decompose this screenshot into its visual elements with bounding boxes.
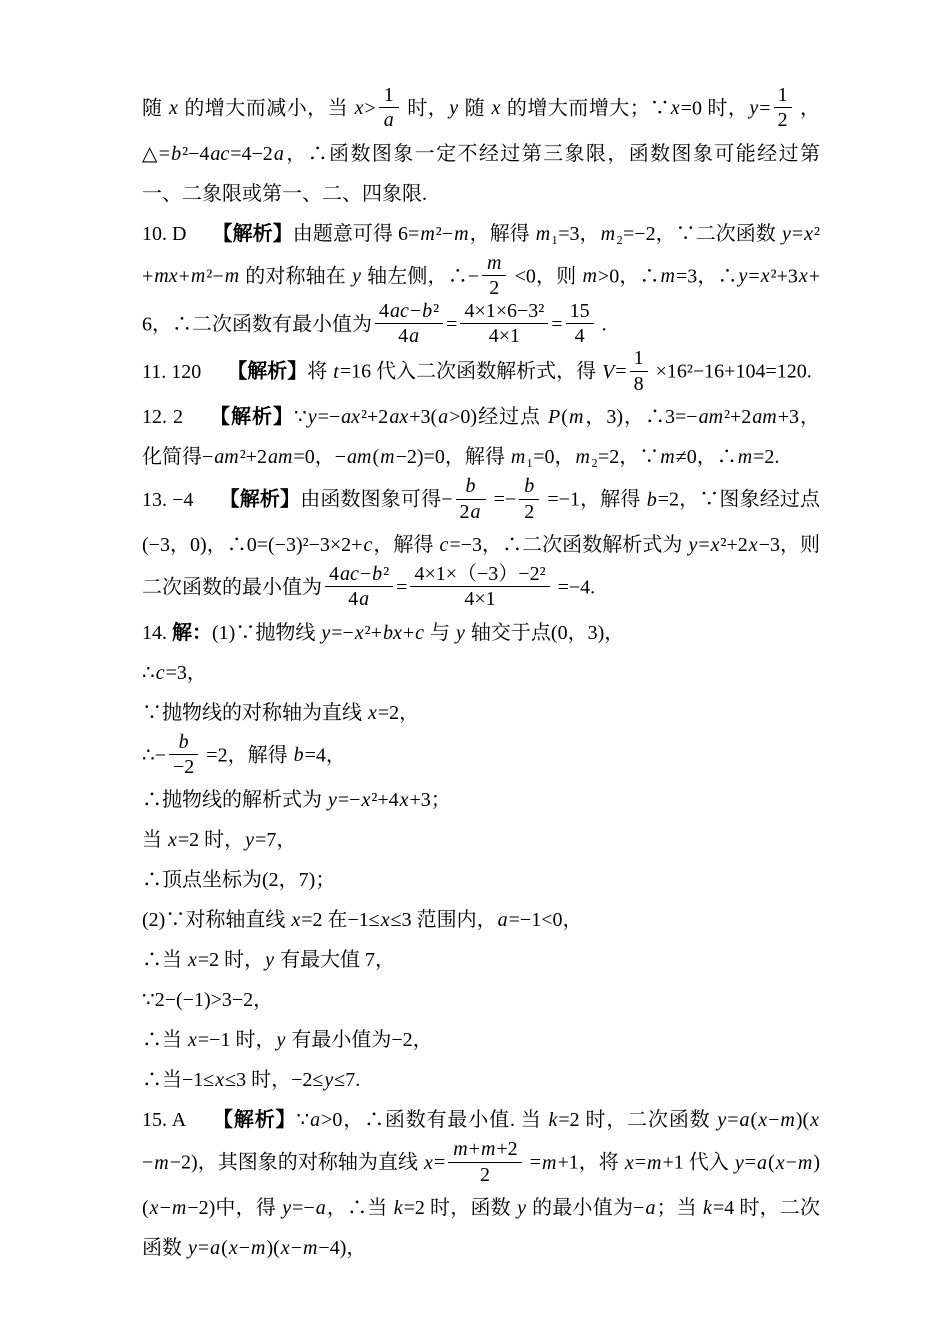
fraction-numerator: 15 xyxy=(566,300,594,324)
fraction: b2 xyxy=(519,475,539,523)
text-run: ∴c=3， xyxy=(142,662,207,684)
fraction: m2 xyxy=(482,252,506,300)
text-run: =− xyxy=(489,489,517,511)
fraction-numerator: 1 xyxy=(379,84,399,108)
bold-label: 【解析】 xyxy=(227,361,307,383)
solution-14-line-9: ∴当 x=2 时，y 有最大值 7， xyxy=(142,940,820,980)
solution-14-line-5: ∴抛物线的解析式为 y=−x²+4x+3； xyxy=(142,780,820,820)
fraction-numerator: m xyxy=(482,252,506,276)
fraction: 4ac−b²4a xyxy=(375,300,443,348)
item-answer-label: 15. A xyxy=(142,1109,186,1131)
fraction-denominator: 2a xyxy=(456,500,486,523)
text-run: ∴当 x=−1 时，y 有最小值为−2， xyxy=(142,1029,433,1051)
fraction: 18 xyxy=(630,347,648,395)
document-body: 随 x 的增大而减小，当 x>1a 时，y 随 x 的增大而增大；∵x=0 时，… xyxy=(142,86,820,1268)
fraction-denominator: 4a xyxy=(325,587,393,610)
solution-13: 13. −4【解析】由函数图象可得−b2a =−b2 =−1，解得 b=2，∵图… xyxy=(142,477,820,613)
fraction: b−2 xyxy=(169,731,198,779)
fraction-denominator: 2 xyxy=(482,276,506,299)
fraction-denominator: 4×1 xyxy=(460,324,548,347)
solution-14-line-4: ∴−b−2 =2，解得 b=4， xyxy=(142,733,820,781)
item-answer-label: 11. 120 xyxy=(142,361,201,383)
bold-label: 【解析】 xyxy=(213,223,293,245)
fraction-denominator: 2 xyxy=(774,108,792,131)
text-run: . xyxy=(597,313,607,335)
fraction-denominator: 4×1 xyxy=(410,587,549,610)
solution-15: 15. A【解析】∵a>0，∴函数有最小值. 当 k=2 时，二次函数 y=a(… xyxy=(142,1100,820,1268)
solution-14-line-7: ∴顶点坐标为(2，7)； xyxy=(142,860,820,900)
text-run: 将 t=16 代入二次函数解析式，得 V= xyxy=(307,361,626,383)
fraction: 4ac−b²4a xyxy=(325,563,393,611)
item-answer-label: 10. D xyxy=(142,223,187,245)
text-run: ∵抛物线的对称轴为直线 x=2， xyxy=(142,702,419,724)
text-run: ∴当 x=2 时，y 有最大值 7， xyxy=(142,949,395,971)
solution-10: 10. D【解析】由题意可得 6=m²−m，解得 m₁=3，m₂=−2，∵二次函… xyxy=(142,214,820,350)
item-answer-label: 14. xyxy=(142,622,172,644)
fraction-denominator: −2 xyxy=(169,755,198,778)
fraction-numerator: m+m+2 xyxy=(448,1138,521,1162)
solution-12: 12. 2【解析】∵y=−ax²+2ax+3(a>0)经过点 P(m，3)，∴3… xyxy=(142,397,820,477)
bold-label: 【解析】 xyxy=(209,406,294,428)
bold-label: 【解析】 xyxy=(219,489,300,511)
text-run: = xyxy=(446,313,457,335)
text-run: ∴当−1≤x≤3 时，−2≤y≤7. xyxy=(142,1069,360,1091)
text-run: ∴− xyxy=(142,744,166,766)
fraction-denominator: 2 xyxy=(448,1163,521,1186)
text-run: =2，解得 b=4， xyxy=(201,744,346,766)
text-run: 时，y 随 x 的增大而增大；∵x=0 时，y= xyxy=(402,97,771,119)
solution-14-line-2: ∴c=3， xyxy=(142,653,820,693)
fraction-numerator: 4ac−b² xyxy=(325,563,393,587)
fraction: 1a xyxy=(379,84,399,132)
solution-9-continuation: 随 x 的增大而减小，当 x>1a 时，y 随 x 的增大而增大；∵x=0 时，… xyxy=(142,86,820,214)
fraction-numerator: b xyxy=(169,731,198,755)
fraction: 4×1×（−3）−2²4×1 xyxy=(410,563,549,611)
fraction-numerator: 1 xyxy=(774,84,792,108)
solution-11: 11. 120【解析】将 t=16 代入二次函数解析式，得 V=18 ×16²−… xyxy=(142,349,820,397)
item-answer-label: 13. −4 xyxy=(142,489,193,511)
item-answer-label: 12. 2 xyxy=(142,406,183,428)
fraction: 4×1×6−3²4×1 xyxy=(460,300,548,348)
fraction: 12 xyxy=(774,84,792,132)
solution-14-line-3: ∵抛物线的对称轴为直线 x=2， xyxy=(142,693,820,733)
text-run: (2)∵对称轴直线 x=2 在−1≤x≤3 范围内，a=−1<0， xyxy=(142,909,582,931)
fraction-numerator: 4×1×6−3² xyxy=(460,300,548,324)
bold-label: 【解析】 xyxy=(212,1109,296,1131)
fraction-denominator: 4a xyxy=(375,324,443,347)
answer-sheet-page: 随 x 的增大而减小，当 x>1a 时，y 随 x 的增大而增大；∵x=0 时，… xyxy=(0,0,950,1344)
text-run: 由函数图象可得− xyxy=(300,489,452,511)
solution-14-line-11: ∴当 x=−1 时，y 有最小值为−2， xyxy=(142,1020,820,1060)
text-run: ∴抛物线的解析式为 y=−x²+4x+3； xyxy=(142,789,451,811)
text-run: = xyxy=(396,576,407,598)
text-run: 当 x=2 时，y=7， xyxy=(142,829,296,851)
text-run: (1)∵抛物线 y=−x²+bx+c 与 y 轴交于点(0，3)， xyxy=(212,622,624,644)
text-run: ×16²−16+104=120. xyxy=(651,361,812,383)
solution-14-line-6: 当 x=2 时，y=7， xyxy=(142,820,820,860)
fraction: m+m+22 xyxy=(448,1138,521,1186)
solution-14-line-12: ∴当−1≤x≤3 时，−2≤y≤7. xyxy=(142,1060,820,1100)
fraction: b2a xyxy=(456,475,486,523)
fraction-denominator: a xyxy=(379,108,399,131)
bold-label: 解： xyxy=(172,622,212,644)
fraction-numerator: 1 xyxy=(630,347,648,371)
fraction-numerator: b xyxy=(519,475,539,499)
fraction-numerator: 4×1×（−3）−2² xyxy=(410,563,549,587)
fraction-numerator: b xyxy=(456,475,486,499)
solution-14-line-8: (2)∵对称轴直线 x=2 在−1≤x≤3 范围内，a=−1<0， xyxy=(142,900,820,940)
text-run: = xyxy=(551,313,562,335)
text-run: ∵2−(−1)>3−2， xyxy=(142,989,273,1011)
text-run: ∴顶点坐标为(2，7)； xyxy=(142,869,335,891)
solution-14-line-1: 14. 解：(1)∵抛物线 y=−x²+bx+c 与 y 轴交于点(0，3)， xyxy=(142,613,820,653)
fraction-denominator: 2 xyxy=(519,500,539,523)
text-run: =−4. xyxy=(553,576,596,598)
fraction-denominator: 8 xyxy=(630,372,648,395)
fraction: 154 xyxy=(566,300,594,348)
solution-14-line-10: ∵2−(−1)>3−2， xyxy=(142,980,820,1020)
fraction-numerator: 4ac−b² xyxy=(375,300,443,324)
text-run: 随 x 的增大而减小，当 x> xyxy=(142,97,376,119)
fraction-denominator: 4 xyxy=(566,324,594,347)
